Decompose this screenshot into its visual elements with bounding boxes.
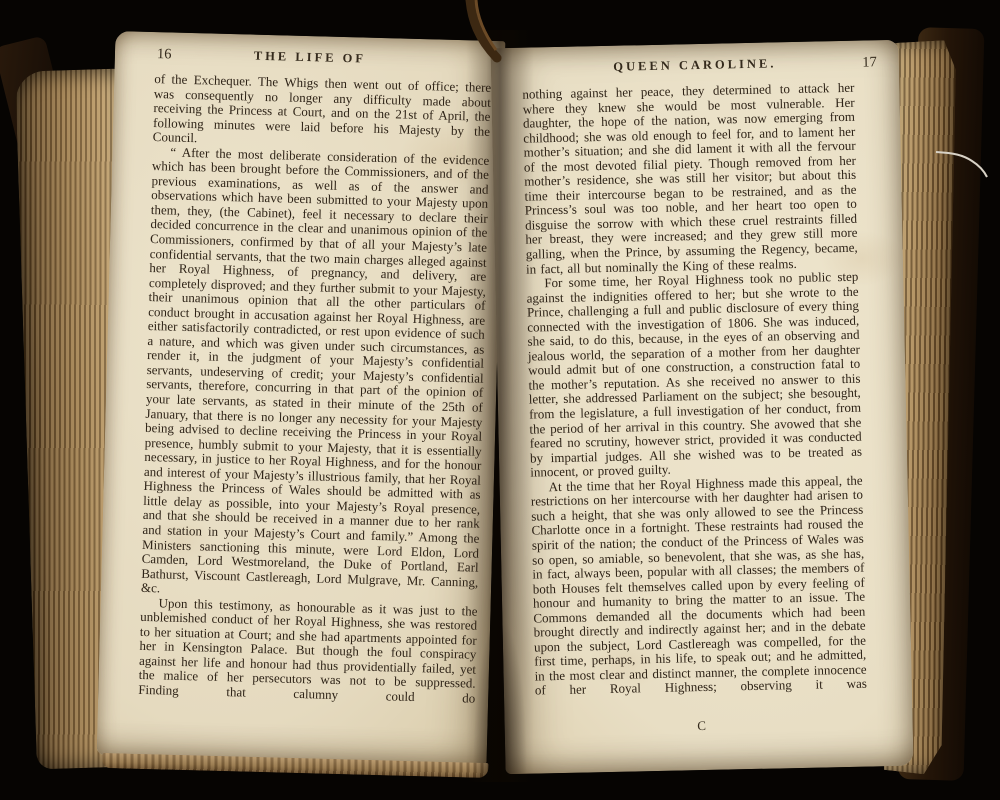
book-photo-scene: 16 THE LIFE OF of the Exchequer. The Whi… <box>0 0 1000 800</box>
left-page: 16 THE LIFE OF of the Exchequer. The Whi… <box>97 31 506 765</box>
signature-mark: C <box>505 714 899 738</box>
right-page: QUEEN CAROLINE. 17 nothing against her p… <box>490 40 913 774</box>
left-page-text: of the Exchequer. The Whigs then went ou… <box>138 72 491 706</box>
right-page-number: 17 <box>862 54 877 71</box>
left-page-number: 16 <box>157 46 172 63</box>
paragraph: At the time that her Royal Highness made… <box>530 473 866 698</box>
right-page-text: nothing against her peace, they determin… <box>522 81 867 699</box>
right-page-header: QUEEN CAROLINE. 17 <box>491 54 899 81</box>
paragraph: of the Exchequer. The Whigs then went ou… <box>153 72 492 154</box>
paragraph: Upon this testimony, as honourable as it… <box>138 596 478 707</box>
left-page-header: 16 THE LIFE OF <box>115 45 505 73</box>
right-running-header: QUEEN CAROLINE. <box>613 56 776 74</box>
paragraph: nothing against her peace, they determin… <box>522 81 858 277</box>
left-running-header: THE LIFE OF <box>254 49 367 67</box>
paragraph: For some time, her Royal Highness took n… <box>526 270 862 481</box>
paragraph: “ After the most deliberate consideratio… <box>141 145 490 605</box>
